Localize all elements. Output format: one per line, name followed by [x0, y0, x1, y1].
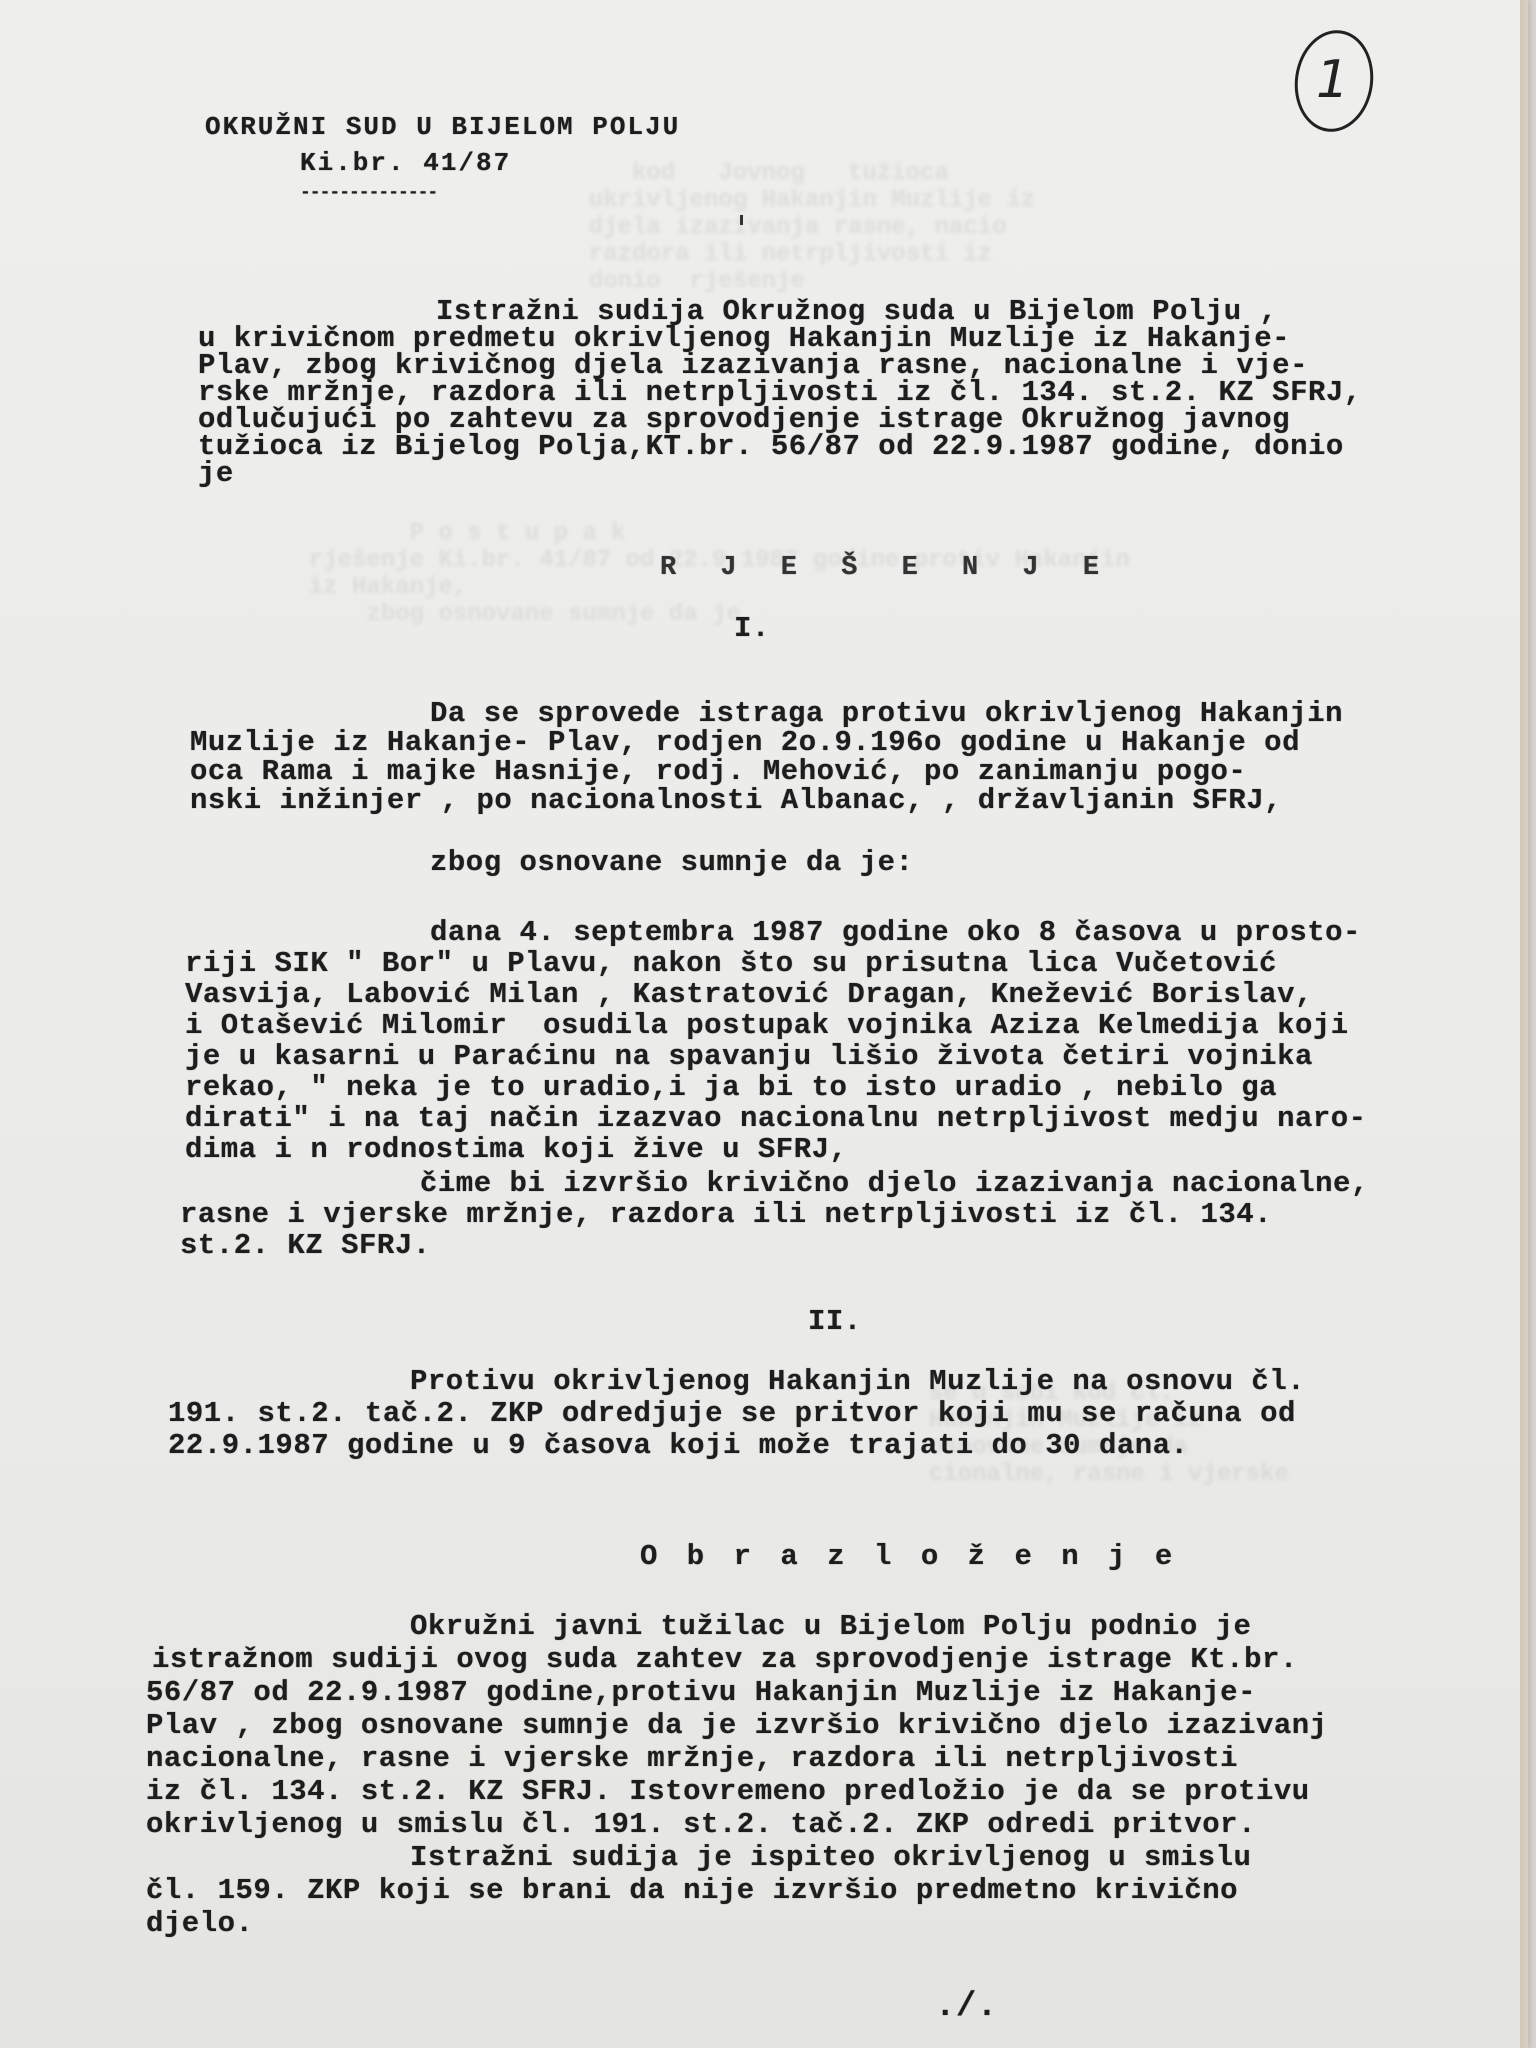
- facts-line: dana 4. septembra 1987 godine oko 8 časo…: [430, 916, 1361, 949]
- reasoning-line: čl. 159. ZKP koji se brani da nije izvrš…: [146, 1874, 1238, 1907]
- intro-line: tužioca iz Bijelog Polja,KT.br. 56/87 od…: [198, 430, 1344, 463]
- conclusion-line: st.2. KZ SFRJ.: [180, 1229, 431, 1262]
- facts-line: je u kasarni u Paraćinu na spavanju liši…: [185, 1040, 1313, 1073]
- reasoning-line: Plav , zbog osnovane sumnje da je izvrši…: [146, 1709, 1328, 1742]
- suspicion-heading: zbog osnovane sumnje da je:: [430, 846, 913, 879]
- section-2-line: 191. st.2. tač.2. ZKP odredjuje se pritv…: [168, 1397, 1296, 1430]
- decision-title: R J E Š E N J E: [660, 553, 1113, 583]
- reasoning-title: O b r a z l o ž e n j e: [640, 1540, 1178, 1573]
- reasoning-line: okrivljenog u smislu čl. 191. st.2. tač.…: [146, 1808, 1256, 1841]
- handwritten-page-number: 1: [1316, 50, 1349, 110]
- facts-line: dima i n rodnostima koji žive u SFRJ,: [185, 1133, 847, 1166]
- scanned-document-page: kod Jovnog tužioca ukrivljenog Hakanjin …: [0, 0, 1528, 2048]
- facts-line: i Otašević Milomir osudila postupak vojn…: [185, 1009, 1349, 1042]
- case-number: Ki.br. 41/87: [300, 148, 511, 178]
- conclusion-line: čime bi izvršio krivično djelo izazivanj…: [420, 1167, 1369, 1200]
- reasoning-line: iz čl. 134. st.2. KZ SFRJ. Istovremeno p…: [146, 1775, 1310, 1808]
- stray-mark: [740, 215, 743, 225]
- facts-line: riji SIK " Bor" u Plavu, nakon što su pr…: [185, 947, 1277, 980]
- facts-line: rekao, " neka je to uradio,i ja bi to is…: [185, 1071, 1277, 1104]
- section-1-numeral: I.: [734, 612, 770, 645]
- section-2-line: Protivu okrivljenog Hakanjin Muzlije na …: [410, 1365, 1305, 1398]
- section-2-line: 22.9.1987 godine u 9 časova koji može tr…: [168, 1429, 1188, 1462]
- intro-line: je: [198, 457, 234, 490]
- conclusion-line: rasne i vjerske mržnje, razdora ili netr…: [180, 1198, 1272, 1231]
- court-name: OKRUŽNI SUD U BIJELOM POLJU: [205, 112, 680, 142]
- header-underline: --------------: [300, 183, 437, 203]
- reasoning-line: istražnom sudiji ovog suda zahtev za spr…: [152, 1643, 1298, 1676]
- facts-line: dirati" i na taj način izazvao nacionaln…: [185, 1102, 1367, 1135]
- reasoning-line: Istražni sudija je ispiteo okrivljenog u…: [410, 1841, 1251, 1874]
- section-2-numeral: II.: [808, 1305, 862, 1338]
- reasoning-line: djelo.: [146, 1907, 253, 1940]
- continuation-mark: ./.: [935, 1988, 998, 2026]
- page-edge: [1520, 0, 1528, 2048]
- bleed-through-text: kod Jovnog tužioca ukrivljenog Hakanjin …: [560, 160, 1035, 295]
- facts-line: Vasvija, Labović Milan , Kastratović Dra…: [185, 978, 1313, 1011]
- reasoning-line: nacionalne, rasne i vjerske mržnje, razd…: [146, 1742, 1238, 1775]
- reasoning-line: 56/87 od 22.9.1987 godine,protivu Hakanj…: [146, 1676, 1256, 1709]
- reasoning-line: Okružni javni tužilac u Bijelom Polju po…: [410, 1610, 1251, 1643]
- section-1-line: nski inžinjer , po nacionalnosti Albanac…: [190, 784, 1282, 817]
